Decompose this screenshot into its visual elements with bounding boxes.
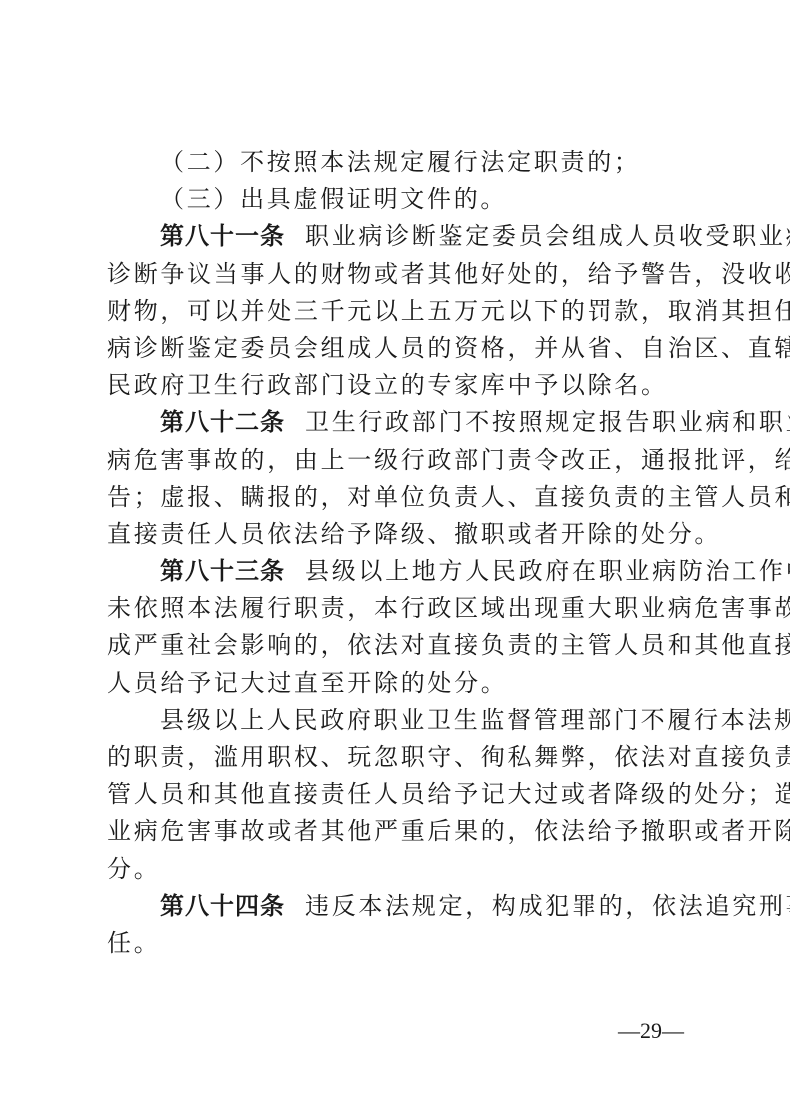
line-text: 的职责，滥用职权、玩忽职守、徇私舞弊，依法对直接负责的主 <box>107 743 790 771</box>
line-text: 病危害事故的，由上一级行政部门责令改正，通报批评，给予警 <box>107 446 790 474</box>
article-81-line: 财物，可以并处三千元以上五万元以下的罚款，取消其担任职业 <box>107 293 697 330</box>
line-text: 未依照本法履行职责，本行政区域出现重大职业病危害事故、造 <box>107 594 790 622</box>
line-text: 人员给予记大过直至开除的处分。 <box>107 669 508 697</box>
article-81-heading-line: 第八十一条职业病诊断鉴定委员会组成人员收受职业病 <box>107 218 697 255</box>
article-81-line: 病诊断鉴定委员会组成人员的资格，并从省、自治区、直辖市人 <box>107 330 697 367</box>
article-82-line: 告；虚报、瞒报的，对单位负责人、直接负责的主管人员和其他 <box>107 479 697 516</box>
line-text: 县级以上地方人民政府在职业病防治工作中 <box>305 557 790 585</box>
line-text: 直接责任人员依法给予降级、撤职或者开除的处分。 <box>107 520 721 548</box>
article-81-line: 民政府卫生行政部门设立的专家库中予以除名。 <box>107 367 697 404</box>
article-83-paragraph-2-line: 县级以上人民政府职业卫生监督管理部门不履行本法规定 <box>107 702 697 739</box>
article-number: 第八十四条 <box>160 892 285 920</box>
article-83-heading-line: 第八十三条县级以上地方人民政府在职业病防治工作中 <box>107 553 697 590</box>
page-number: —29— <box>618 1018 684 1044</box>
article-number: 第八十二条 <box>160 408 285 436</box>
line-text: 违反本法规定，构成犯罪的，依法追究刑事责 <box>305 892 790 920</box>
line-text: 管人员和其他直接责任人员给予记大过或者降级的处分；造成职 <box>107 780 790 808</box>
article-83-paragraph-2-line: 业病危害事故或者其他严重后果的，依法给予撤职或者开除的处 <box>107 813 697 850</box>
document-page: （二）不按照本法规定履行法定职责的； （三）出具虚假证明文件的。 第八十一条职业… <box>107 144 697 962</box>
article-81-line: 诊断争议当事人的财物或者其他好处的，给予警告，没收收受的 <box>107 256 697 293</box>
article-number: 第八十一条 <box>160 222 285 250</box>
line-text: （三）出具虚假证明文件的。 <box>160 185 507 213</box>
article-83-paragraph-2-line: 的职责，滥用职权、玩忽职守、徇私舞弊，依法对直接负责的主 <box>107 739 697 776</box>
clause-2-line: （二）不按照本法规定履行法定职责的； <box>107 144 697 181</box>
line-text: 诊断争议当事人的财物或者其他好处的，给予警告，没收收受的 <box>107 260 790 288</box>
article-82-heading-line: 第八十二条卫生行政部门不按照规定报告职业病和职业 <box>107 404 697 441</box>
line-text: 分。 <box>107 855 160 883</box>
clause-3-line: （三）出具虚假证明文件的。 <box>107 181 697 218</box>
line-text: 任。 <box>107 929 160 957</box>
article-83-line: 人员给予记大过直至开除的处分。 <box>107 665 697 702</box>
line-text: 职业病诊断鉴定委员会组成人员收受职业病 <box>305 222 790 250</box>
article-83-line: 成严重社会影响的，依法对直接负责的主管人员和其他直接责任 <box>107 627 697 664</box>
line-text: 告；虚报、瞒报的，对单位负责人、直接负责的主管人员和其他 <box>107 483 790 511</box>
article-84-heading-line: 第八十四条违反本法规定，构成犯罪的，依法追究刑事责 <box>107 888 697 925</box>
line-text: 卫生行政部门不按照规定报告职业病和职业 <box>305 408 790 436</box>
article-82-line: 直接责任人员依法给予降级、撤职或者开除的处分。 <box>107 516 697 553</box>
line-text: 业病危害事故或者其他严重后果的，依法给予撤职或者开除的处 <box>107 817 790 845</box>
line-text: 县级以上人民政府职业卫生监督管理部门不履行本法规定 <box>160 706 790 734</box>
line-text: 成严重社会影响的，依法对直接负责的主管人员和其他直接责任 <box>107 631 790 659</box>
line-text: 病诊断鉴定委员会组成人员的资格，并从省、自治区、直辖市人 <box>107 334 790 362</box>
article-84-line: 任。 <box>107 925 697 962</box>
line-text: 民政府卫生行政部门设立的专家库中予以除名。 <box>107 371 668 399</box>
line-text: 财物，可以并处三千元以上五万元以下的罚款，取消其担任职业 <box>107 297 790 325</box>
article-83-paragraph-2-line: 管人员和其他直接责任人员给予记大过或者降级的处分；造成职 <box>107 776 697 813</box>
article-83-paragraph-2-line: 分。 <box>107 851 697 888</box>
article-83-line: 未依照本法履行职责，本行政区域出现重大职业病危害事故、造 <box>107 590 697 627</box>
line-text: （二）不按照本法规定履行法定职责的； <box>160 148 641 176</box>
article-number: 第八十三条 <box>160 557 285 585</box>
article-82-line: 病危害事故的，由上一级行政部门责令改正，通报批评，给予警 <box>107 442 697 479</box>
